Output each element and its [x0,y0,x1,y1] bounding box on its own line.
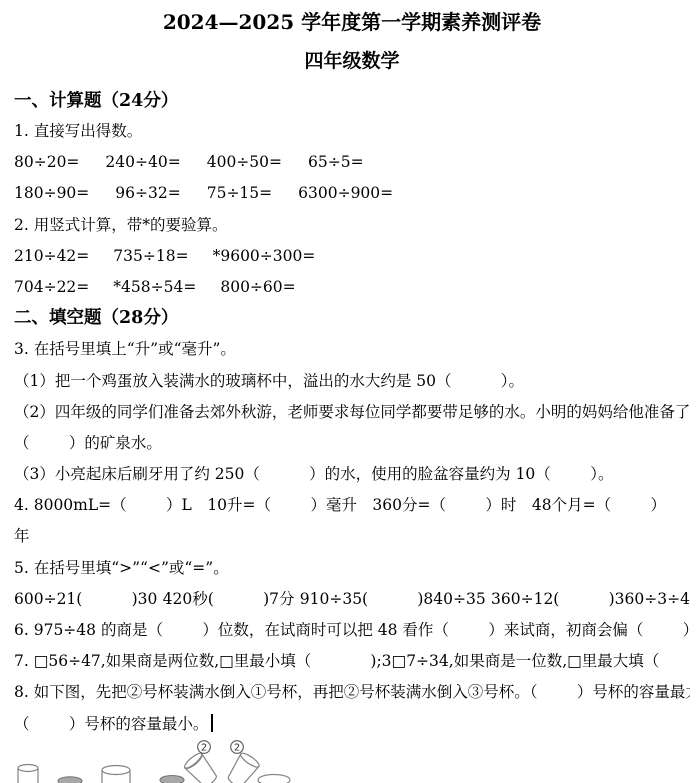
pouring-cup-1 [182,751,220,783]
q6-text: 6. 975÷48 的商是（ ）位数，在试商时可以把 48 看作（ ）来试商，初… [14,615,690,646]
svg-text:2: 2 [234,743,240,754]
q5-prompt: 5. 在括号里填“>”“<”或“=”。 [14,553,690,584]
expression: 210÷42= [14,241,89,272]
svg-text:2: 2 [201,743,207,754]
q2-row-2: 704÷22= *458÷54= 800÷60= [14,272,690,303]
gray-cup-rim-2 [160,776,184,783]
q3-sub2-line1: （2）四年级的同学们准备去郊外秋游，老师要求每位同学都要带足够的水。小明的妈妈给… [14,397,690,428]
circled-2-label-2: 2 [231,741,244,754]
expression: 75÷15= [207,178,272,209]
q5-row: 600÷21( )30 420秒( )7分 910÷35( )840÷35 36… [14,584,690,615]
expression: 704÷22= [14,272,89,303]
expression: 6300÷900= [298,178,393,209]
section-1-heading: 一、计算题（24分） [14,86,690,116]
q1-row-2: 180÷90= 96÷32= 75÷15= 6300÷900= [14,178,690,209]
conversion-item: 4. 8000mL=（ ）L [14,490,192,521]
conversion-item: 360分=（ ）时 [372,490,516,521]
q3-prompt: 3. 在括号里填上“升”或“毫升”。 [14,334,690,365]
expression: 80÷20= [14,147,79,178]
expression: 180÷90= [14,178,89,209]
receiving-cup-rim [258,775,290,783]
q2-prompt: 2. 用竖式计算，带*的要验算。 [14,210,690,241]
document-page[interactable]: 2024—2025 学年度第一学期素养测评卷 四年级数学 一、计算题（24分） … [0,0,700,783]
text-cursor [211,714,213,732]
comparison-item: 600÷21( )30 [14,584,157,615]
q4-row: 4. 8000mL=（ ）L 10升=（ ）毫升 360分=（ ）时 48个月=… [14,490,666,521]
q3-sub3: （3）小亮起床后刷牙用了约 250（ ）的水，使用的脸盆容量约为 10（ ）。 [14,459,690,490]
q4-cont: 年 [14,521,690,552]
q3-sub1: （1）把一个鸡蛋放入装满水的玻璃杯中，溢出的水大约是 50（ ）。 [14,366,690,397]
q1-prompt: 1. 直接写出得数。 [14,116,690,147]
conversion-item: 48个月=（ ） [532,490,666,521]
paper-title: 2024—2025 学年度第一学期素养测评卷 [14,8,690,36]
q7-text: 7. □56÷47,如果商是两位数,□里最小填（ );3□7÷34,如果商是一位… [14,646,690,677]
expression: 800÷60= [220,272,295,303]
comparison-item: 910÷35( )840÷35 [300,584,486,615]
q8-line1: 8. 如下图，先把②号杯装满水倒入①号杯，再把②号杯装满水倒入③号杯。（ ）号杯… [14,677,690,708]
pouring-cup-2 [224,751,261,783]
expression: 400÷50= [207,147,282,178]
q3-sub2-line2: （ ）的矿泉水。 [14,428,690,459]
expression: *9600÷300= [213,241,316,272]
expression: 735÷18= [113,241,188,272]
section-2-heading: 二、填空题（28分） [14,303,690,334]
q8-line2-text: （ ）号杯的容量最小。 [14,715,208,733]
expression: *458÷54= [113,272,196,303]
gray-cup-rim-1 [58,777,82,783]
q2-row-1: 210÷42= 735÷18= *9600÷300= [14,241,690,272]
circled-2-label-1: 2 [198,741,211,754]
expression: 240÷40= [105,147,180,178]
upright-cup-1 [18,765,38,783]
q1-row-1: 80÷20= 240÷40= 400÷50= 65÷5= [14,147,690,178]
paper-subtitle: 四年级数学 [14,48,690,74]
expression: 96÷32= [115,178,180,209]
cups-figure: 2 2 [0,740,320,783]
comparison-item: 360÷12( )360÷3÷4 [491,584,690,615]
q8-line2: （ ）号杯的容量最小。 [14,709,690,740]
upright-cup-2 [102,766,130,783]
conversion-item: 10升=（ ）毫升 [207,490,357,521]
comparison-item: 420秒( )7分 [163,584,295,615]
expression: 65÷5= [308,147,364,178]
